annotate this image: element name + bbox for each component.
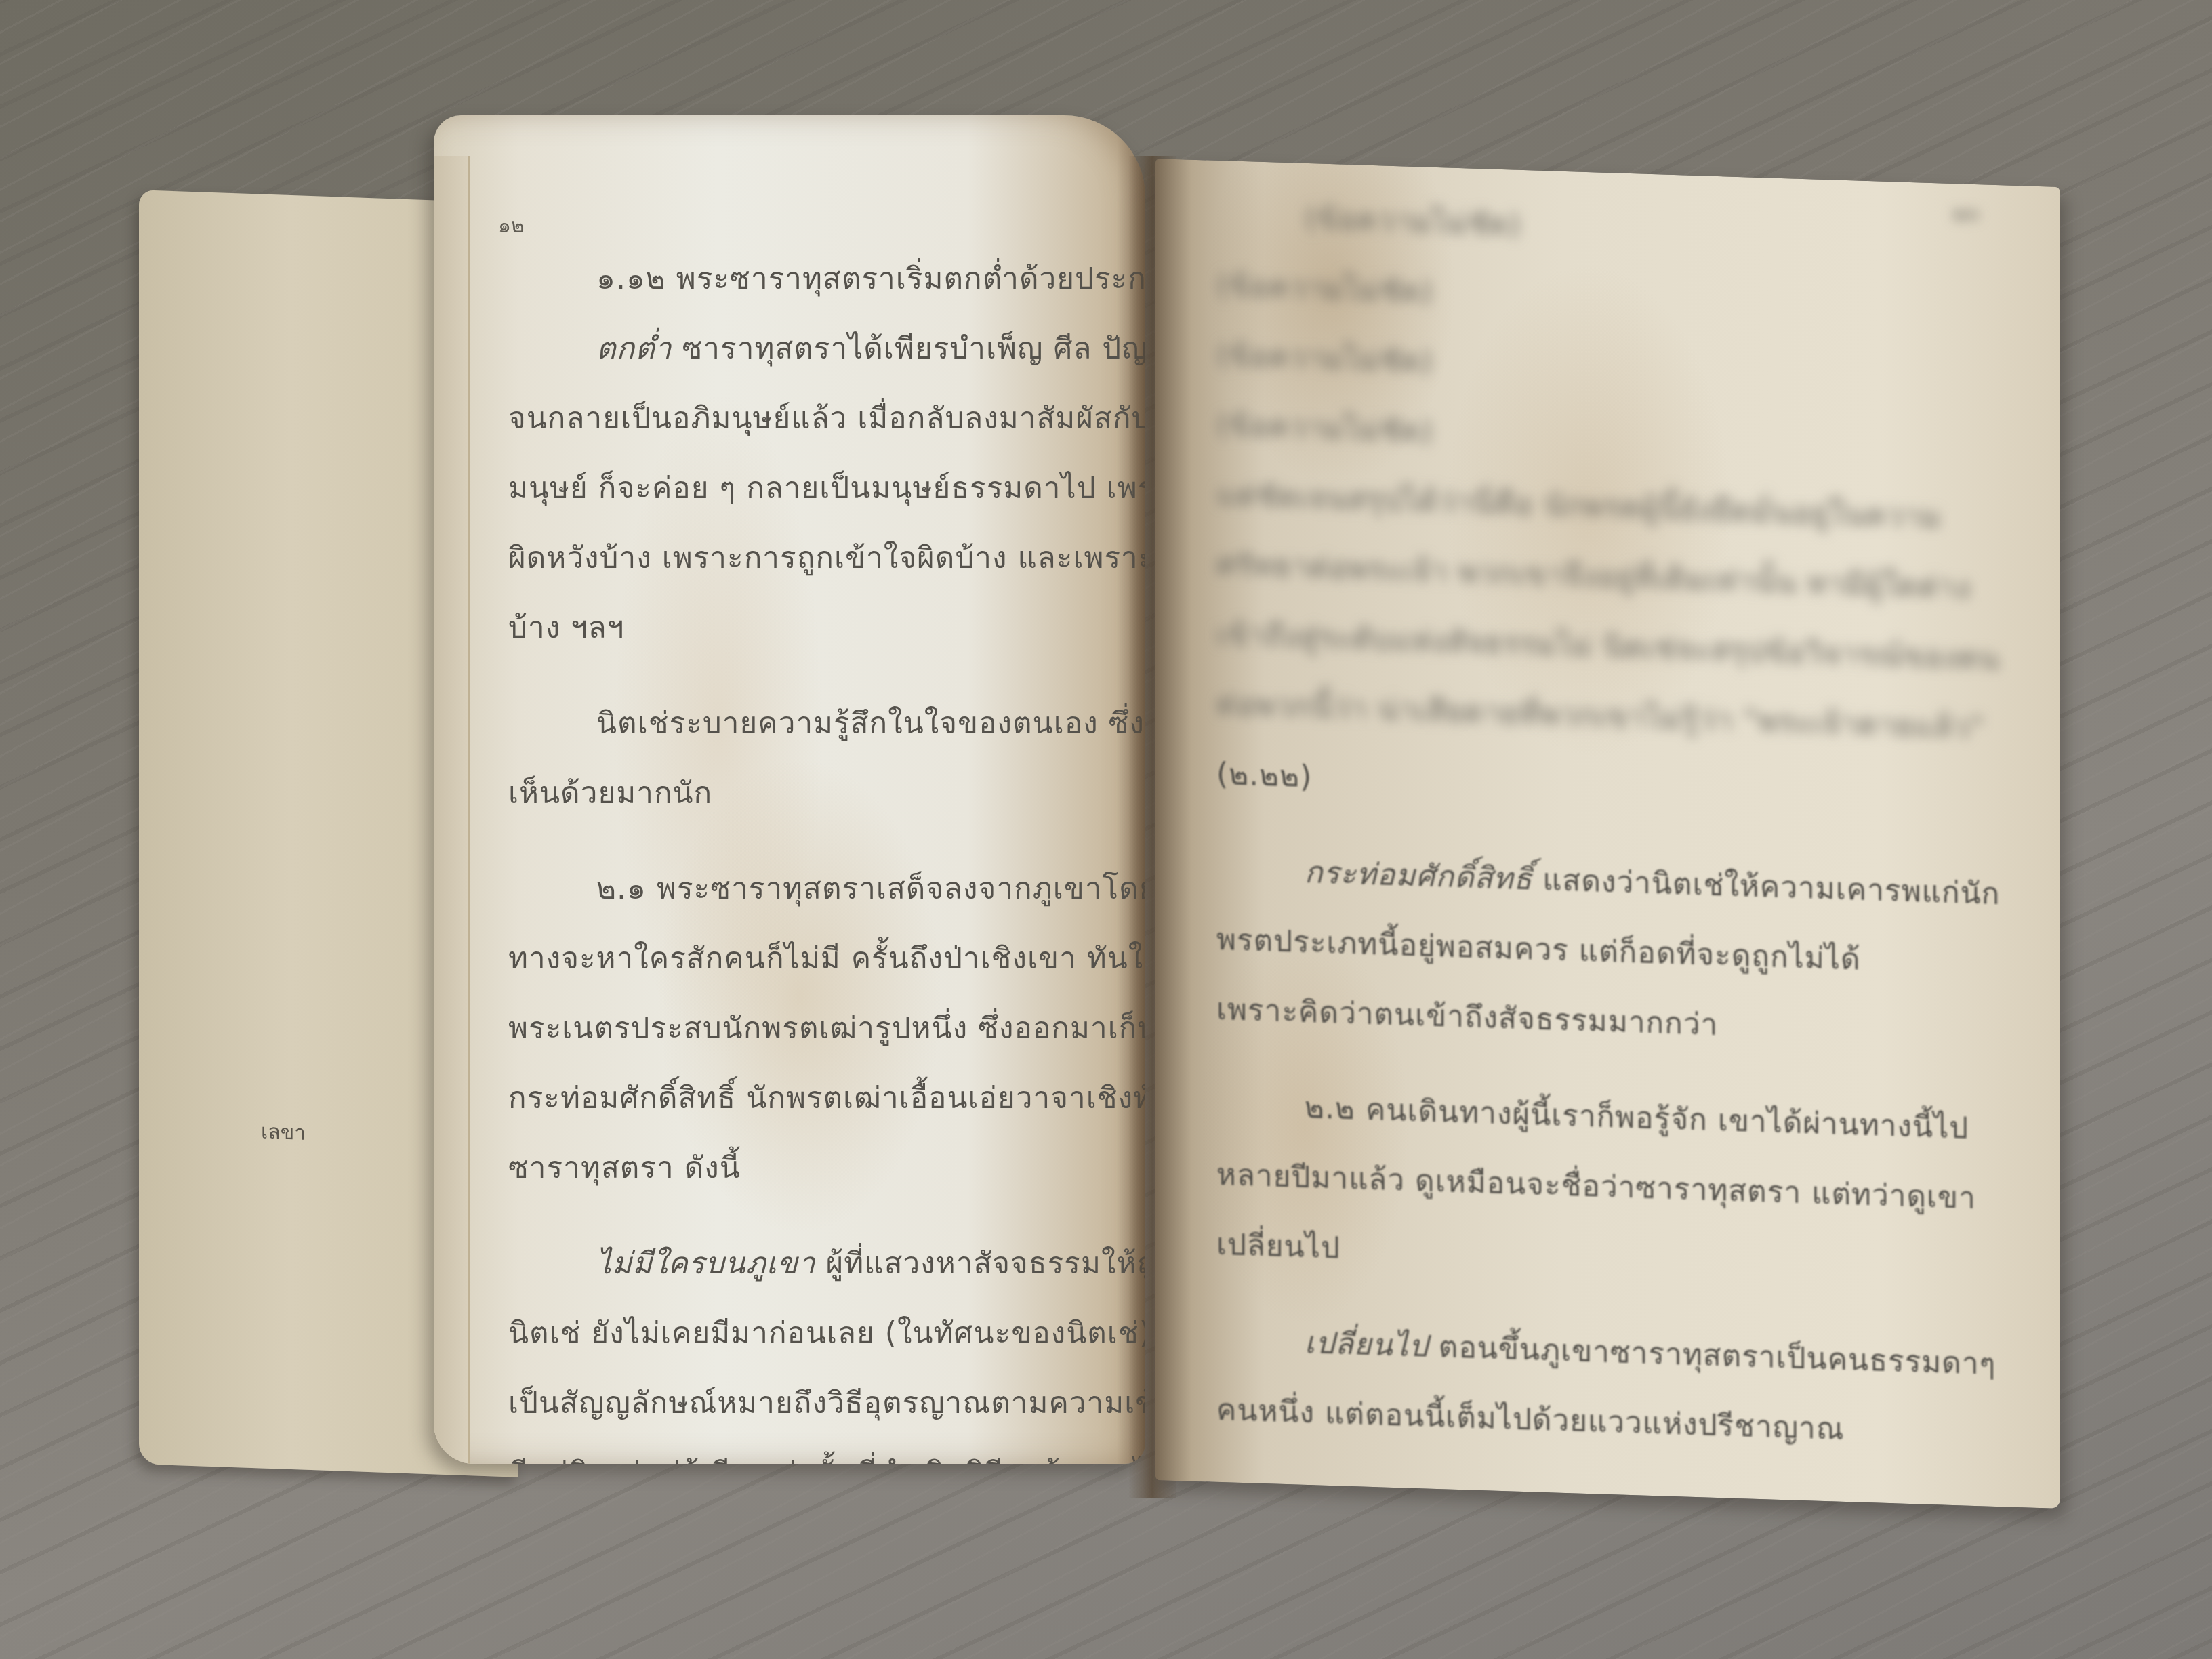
text-line: ไม่มีใครบนภูเขา ผู้ที่แสวงหาสัจจธรรมให้ถ… [508,1229,1145,1298]
text-line: ตกต่ำ ซาราทุสตราได้เพียรบำเพ็ญ ศีล ปัญญา… [508,314,1145,384]
text-line: บ้าง ฯลฯ [508,593,1145,663]
text-line: ๒.๑ พระซาราทุสตราเสด็จลงจากภูเขาโดยลำพัง… [508,854,1145,924]
text-line: นิตเช่ระบายความรู้สึกในใจของตนเอง ซึ่งผู… [508,689,1145,758]
photo-scene: เลขา ๑๒ ๑.๑๒ พระซาราทุสตราเริ่มตกต่ำด้วย… [0,0,2212,1659]
emphasized-term: เปลี่ยนไป [1305,1326,1429,1364]
right-page: ๑๓ (ข้อความไม่ชัด)(ข้อความไม่ชัด)(ข้อควา… [1155,159,2060,1509]
left-page: ๑๒ ๑.๑๒ พระซาราทุสตราเริ่มตกต่ำด้วยประกา… [434,115,1145,1464]
text-line: มีแต่นิตเช่แต่ผู้เดียวเท่านั้นที่ดำเนินว… [508,1438,1145,1464]
text-line: ผิดหวังบ้าง เพราะการถูกเข้าใจผิดบ้าง และ… [508,523,1145,593]
right-page-text: (ข้อความไม่ชัด)(ข้อความไม่ชัด)(ข้อความไม… [1216,181,2043,1509]
text-line: ๑.๑๒ พระซาราทุสตราเริ่มตกต่ำด้วยประการฉะ… [508,244,1145,314]
text-line: ๒.๓ ครั้งหนึ่งท่านแบกร่างอันเป็นขี้เถ้าข… [1216,1471,2043,1509]
text-line: นิตเช่ ยังไม่เคยมีมาก่อนเลย (ในทัศนะของน… [508,1298,1145,1368]
emphasized-term: ไม่มีใครบนภูเขา [596,1246,816,1281]
emphasized-term: ตกต่ำ [596,331,672,366]
text-line: จนกลายเป็นอภิมนุษย์แล้ว เมื่อกลับลงมาสัม… [508,384,1145,453]
text-line: ซาราทุสตรา ดังนี้ [508,1133,1145,1203]
emphasized-term: กระท่อมศักดิ์สิทธิ์ [1305,855,1532,897]
text-line: เป็นสัญญลักษณ์หมายถึงวิธีอุตรญาณตามความเ… [508,1368,1145,1438]
text-line: พระเนตรประสบนักพรตเฒ่ารูปหนึ่ง ซึ่งออกมา… [508,994,1145,1063]
left-page-number: ๑๒ [498,210,525,242]
left-page-text: ๑.๑๒ พระซาราทุสตราเริ่มตกต่ำด้วยประการฉะ… [508,244,1145,1464]
text-line: ทางจะหาใครสักคนก็ไม่มี ครั้นถึงป่าเชิงเข… [508,924,1145,994]
page-fold [434,156,470,1464]
text-line: เห็นด้วยมากนัก [508,758,1145,828]
text-line: กระท่อมศักดิ์สิทธิ์ นักพรตเฒ่าเอื้อนเอ่ย… [508,1063,1145,1133]
text-line: มนุษย์ ก็จะค่อย ๆ กลายเป็นมนุษย์ธรรมดาไป… [508,453,1145,523]
margin-word: เลขา [261,1116,306,1149]
